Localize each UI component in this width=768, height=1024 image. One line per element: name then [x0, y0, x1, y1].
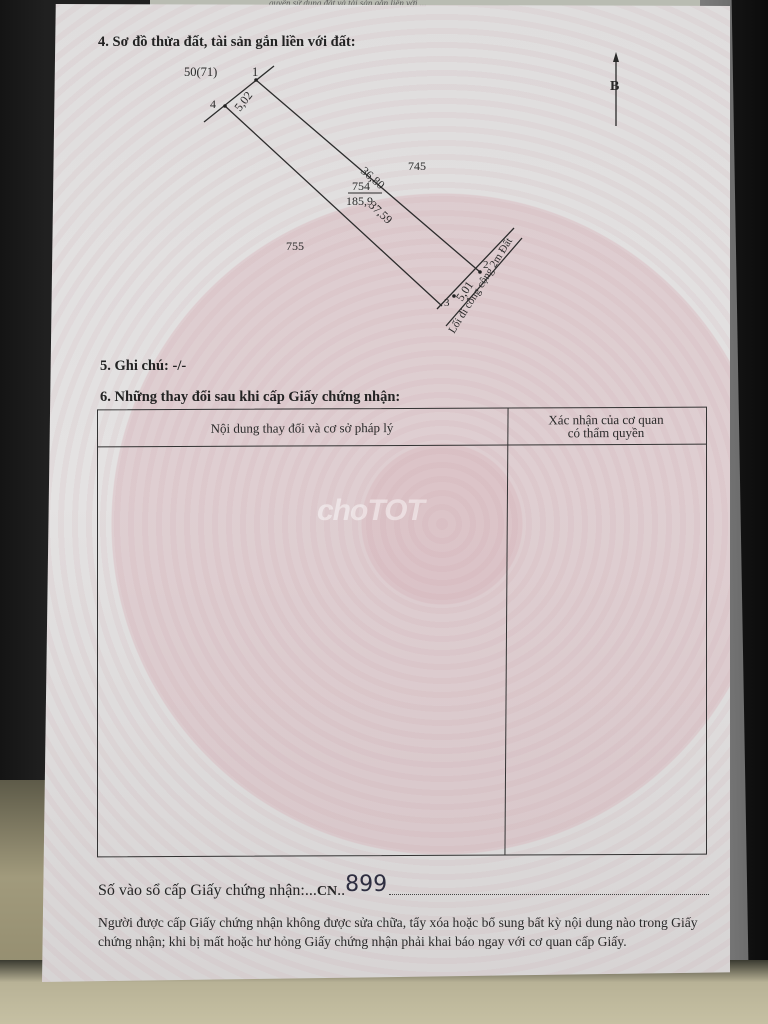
dotted-fill [389, 894, 709, 895]
notice-text: Người được cấp Giấy chứng nhận không đượ… [98, 913, 708, 951]
certificate-number-label: Số vào sổ cấp Giấy chứng nhận: [98, 882, 305, 899]
column-header-authority-confirmation: Xác nhận của cơ quan có thẩm quyền [506, 408, 706, 445]
section-5-notes: 5. Ghi chú: -/- [100, 358, 186, 375]
certificate-prefix: CN [317, 884, 337, 899]
point-4-label: 4 [210, 97, 216, 111]
dots: .. [337, 882, 345, 899]
section-6-title: 6. Những thay đổi sau khi cấp Giấy chứng… [100, 389, 400, 406]
certificate-number-line: Số vào sổ cấp Giấy chứng nhận:...CN..899 [98, 876, 709, 901]
certificate-page: 4. Sơ đồ thửa đất, tài sản gắn liền với … [42, 4, 730, 982]
neighbor-parcel-745: 745 [408, 159, 426, 173]
watermark: choTOT [317, 494, 424, 528]
edge-1-4-length: 5,02 [231, 89, 255, 114]
north-label: B [610, 79, 619, 94]
point-3-label: 3 [444, 297, 450, 309]
column-divider [504, 409, 508, 855]
dots: ... [305, 882, 317, 899]
parcel-area: 185,9 [346, 194, 373, 208]
parcel-number: 754 [352, 179, 370, 193]
map-sheet-label: 50(71) [184, 65, 217, 79]
neighbor-parcel-755: 755 [286, 239, 304, 253]
changes-table: Nội dung thay đổi và cơ sở pháp lý Xác n… [97, 407, 707, 858]
column-header-change-content: Nội dung thay đổi và cơ sở pháp lý [98, 409, 506, 447]
point-1-label: 1 [252, 65, 258, 79]
table-header-row: Nội dung thay đổi và cơ sở pháp lý Xác n… [98, 408, 706, 448]
column-header-line-2: có thẩm quyền [568, 426, 645, 439]
land-parcel-sketch: B 50(71) 1 2 3 4 5,02 36,80 37,59 5,01 7… [42, 4, 730, 364]
road-label: Lối đi công cộng 2m Đất [446, 236, 515, 336]
certificate-number: 899 [345, 872, 387, 897]
north-arrow-icon: B [610, 52, 619, 126]
